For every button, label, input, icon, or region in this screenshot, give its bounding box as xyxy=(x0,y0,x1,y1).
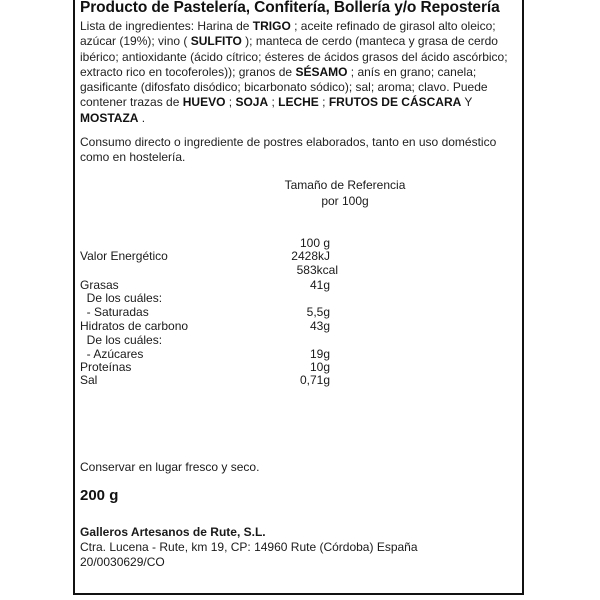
allergen-text: TRIGO xyxy=(253,19,291,33)
nutrient-value: 41g xyxy=(310,278,330,292)
allergen-text: SÉSAMO xyxy=(295,65,347,79)
ingredients-list: Lista de ingredientes: Harina de TRIGO ;… xyxy=(80,19,520,126)
registration-number: 20/0030629/CO xyxy=(80,555,165,569)
reference-line-1: Tamaño de Referencia xyxy=(265,178,425,194)
product-title: Producto de Pastelería, Confitería, Boll… xyxy=(80,0,500,17)
company-address: Ctra. Lucena - Rute, km 19, CP: 14960 Ru… xyxy=(80,540,418,554)
nutrient-value: 2428kJ xyxy=(291,249,330,263)
ingredient-text: Lista de ingredientes: Harina de xyxy=(80,19,253,33)
nutrition-row: - Azúcares19g xyxy=(80,347,330,361)
reference-size: Tamaño de Referencia por 100g xyxy=(265,178,425,209)
nutrition-row: Proteínas10g xyxy=(80,360,330,374)
allergen-text: HUEVO xyxy=(183,95,226,109)
nutrition-row: - Saturadas5,5g xyxy=(80,305,330,319)
ingredient-text: . xyxy=(138,111,145,125)
nutrient-value: 0,71g xyxy=(300,373,330,387)
company-name: Galleros Artesanos de Rute, S.L. xyxy=(80,525,266,539)
ingredient-text: ; xyxy=(268,95,278,109)
allergen-text: FRUTOS DE CÁSCARA xyxy=(329,95,461,109)
ingredient-text: Y xyxy=(461,95,472,109)
nutrition-row: De los cuáles: xyxy=(80,291,330,305)
product-label: Producto de Pastelería, Confitería, Boll… xyxy=(73,0,524,595)
nutrition-row: Grasas41g xyxy=(80,278,330,292)
ingredient-text: ; xyxy=(225,95,235,109)
nutrient-name: - Saturadas xyxy=(80,305,149,319)
reference-line-2: por 100g xyxy=(265,194,425,210)
nutrition-row: Valor Energético2428kJ xyxy=(80,249,330,263)
nutrient-name: Valor Energético xyxy=(80,249,168,263)
nutrient-name: Hidratos de carbono xyxy=(80,319,188,333)
nutrient-value: 43g xyxy=(310,319,330,333)
nutrient-value: 19g xyxy=(310,347,330,361)
nutrition-row: Sal0,71g xyxy=(80,373,330,387)
nutrient-name: Grasas xyxy=(80,278,119,292)
nutrition-row: 100 g xyxy=(80,236,330,250)
usage-text: Consumo directo o ingrediente de postres… xyxy=(80,135,520,166)
allergen-text: MOSTAZA xyxy=(80,111,138,125)
nutrient-value: 10g xyxy=(310,360,330,374)
nutrient-value: 100 g xyxy=(300,236,330,250)
nutrition-row: De los cuáles: xyxy=(80,333,330,347)
nutrient-name: Sal xyxy=(80,373,97,387)
nutrient-name: Proteínas xyxy=(80,360,131,374)
nutrient-name: De los cuáles: xyxy=(80,333,162,347)
nutrient-name: De los cuáles: xyxy=(80,291,162,305)
allergen-text: LECHE xyxy=(278,95,319,109)
ingredient-text: ; xyxy=(319,95,329,109)
nutrition-row: 583kcal xyxy=(80,263,330,277)
nutrition-row: Hidratos de carbono43g xyxy=(80,319,330,333)
nutrient-value: 5,5g xyxy=(307,305,330,319)
nutrient-name: - Azúcares xyxy=(80,347,143,361)
allergen-text: SULFITO xyxy=(191,34,242,48)
nutrient-value: 583kcal xyxy=(297,263,338,277)
allergen-text: SOJA xyxy=(235,95,268,109)
storage-instructions: Conservar en lugar fresco y seco. xyxy=(80,460,259,474)
net-weight: 200 g xyxy=(80,487,118,504)
